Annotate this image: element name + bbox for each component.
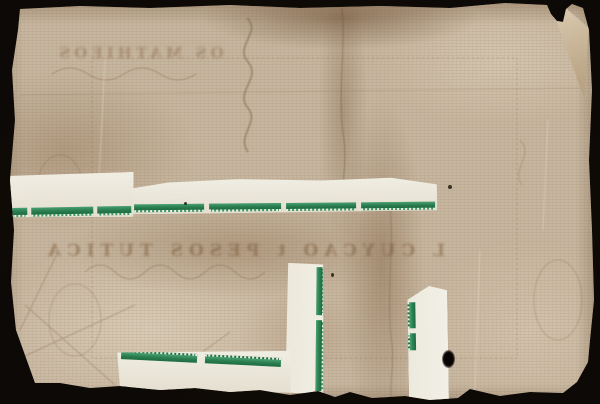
repair-strip-top-right: [132, 177, 437, 215]
green-selvage-segment: [205, 354, 281, 367]
green-selvage-band: [407, 302, 416, 350]
green-selvage-segment: [97, 206, 131, 216]
green-selvage-segment: [407, 302, 415, 328]
ink-speck: [331, 273, 334, 277]
repair-strip-right-vertical: [407, 286, 449, 401]
green-selvage-segment: [286, 202, 356, 211]
green-selvage-segment: [209, 203, 281, 212]
ink-speck: [448, 185, 452, 189]
green-selvage-band: [134, 202, 435, 213]
hole-spot: [442, 350, 455, 368]
green-selvage-band: [121, 350, 281, 367]
repair-strip-center-vertical: [285, 263, 324, 394]
photo-background: OS MATHIEOS L CUYCAO t PESOS TUTICA: [0, 0, 600, 404]
green-selvage-segment: [31, 207, 93, 217]
repair-strip-top-left: [8, 172, 135, 219]
banknote-paper: OS MATHIEOS L CUYCAO t PESOS TUTICA: [0, 0, 600, 404]
ink-speck: [184, 202, 187, 205]
repair-strip-bottom-left: [117, 349, 291, 393]
green-selvage-band: [11, 206, 131, 217]
green-selvage-segment: [134, 204, 204, 213]
green-selvage-segment: [408, 333, 416, 350]
green-selvage-segment: [11, 208, 27, 217]
green-selvage-segment: [315, 320, 324, 391]
green-selvage-segment: [361, 202, 435, 211]
